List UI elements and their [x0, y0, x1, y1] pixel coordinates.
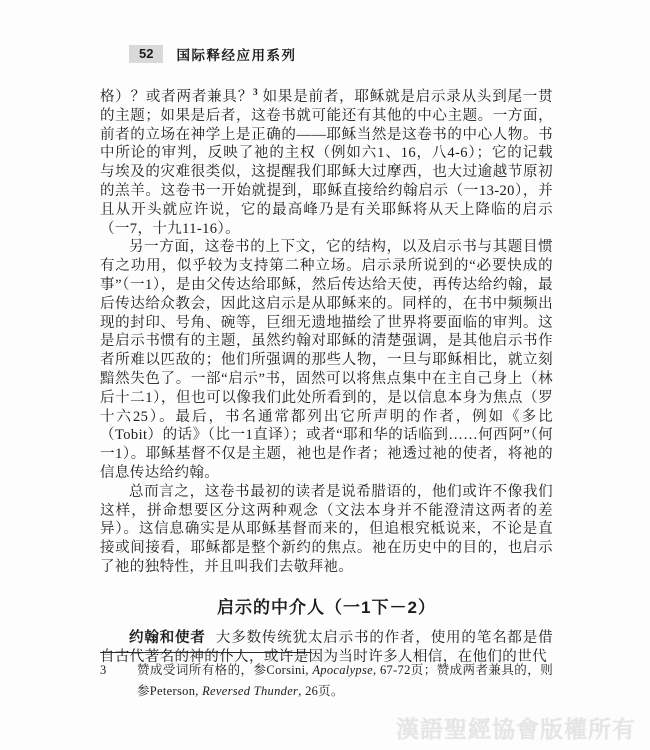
paragraph: 总而言之，这卷书最初的读者是说希腊语的，他们或许不像我们这样，拼命想要区分这两种…	[100, 483, 553, 577]
paragraph-continuation: 格）？或者两者兼具？3 如果是前者，耶稣就是启示录从头到尾一贯的主题；如果是后者…	[100, 88, 553, 238]
paragraph-lead-in: 约翰和使者	[129, 630, 206, 646]
page-number-badge: 52	[129, 45, 163, 63]
footnote-text: 赞成受词所有格的，参Corsini, Apocalypse, 67-72页；赞成…	[137, 660, 553, 702]
footnote: 3 赞成受词所有格的，参Corsini, Apocalypse, 67-72页；…	[100, 652, 553, 702]
paragraph: 另一方面，这卷书的上下文，它的结构，以及启示书与其题目惯有之功用，似乎较为支持第…	[100, 238, 553, 482]
running-header: 52 国际释经应用系列	[129, 44, 553, 64]
footnote-text-segment: , 26页。	[298, 684, 344, 698]
section-heading: 启示的中介人（一1下－2）	[100, 593, 553, 618]
book-page: 52 国际释经应用系列 格）？或者两者兼具？3 如果是前者，耶稣就是启示录从头到…	[0, 0, 650, 750]
footnote-text-segment: 赞成受词所有格的，参Corsini,	[137, 663, 312, 677]
paragraph-text: 如果是前者，耶稣就是启示录从头到尾一贯的主题；如果是后者，这卷书就可能还有其他的…	[100, 89, 553, 237]
series-title: 国际释经应用系列	[176, 44, 296, 64]
publisher-watermark: 漢語聖經協會版權所有	[396, 711, 636, 744]
text-column: 52 国际释经应用系列 格）？或者两者兼具？3 如果是前者，耶稣就是启示录从头到…	[100, 44, 553, 666]
footnote-row: 3 赞成受词所有格的，参Corsini, Apocalypse, 67-72页；…	[100, 660, 553, 702]
footnote-citation-title: Reversed Thunder	[202, 684, 298, 698]
footnote-divider	[100, 652, 312, 653]
footnote-marker: 3	[100, 660, 137, 702]
paragraph-text: 格）？或者两者兼具？	[100, 89, 253, 105]
footnote-citation-title: Apocalypse	[312, 663, 373, 677]
body-text: 格）？或者两者兼具？3 如果是前者，耶稣就是启示录从头到尾一贯的主题；如果是后者…	[100, 88, 553, 666]
